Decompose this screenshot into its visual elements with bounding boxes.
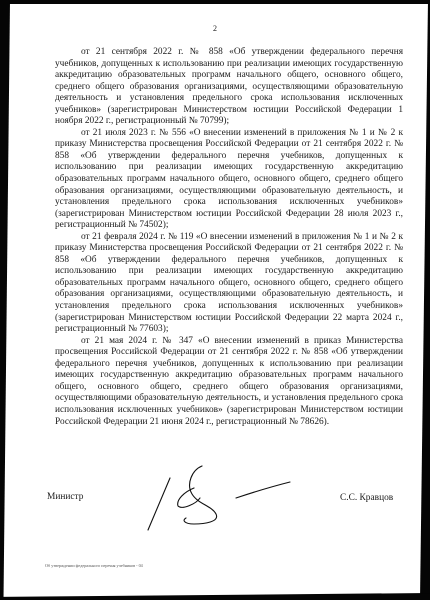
paragraph-order-119: от 21 февраля 2024 г. № 119 «О внесении … xyxy=(55,232,403,336)
signatory-role: Министр xyxy=(47,492,83,502)
scan-border-left xyxy=(0,0,10,600)
footer-note: Об утверждении федерального перечня учеб… xyxy=(45,563,143,568)
paragraph-order-347: от 21 мая 2024 г. № 347 «О внесении изме… xyxy=(55,336,403,428)
scan-border-bottom xyxy=(0,593,430,600)
scan-border-top xyxy=(0,0,430,4)
paragraph-order-556: от 21 июля 2023 г. № 556 «О внесении изм… xyxy=(55,128,403,232)
scan-border-right xyxy=(420,0,430,600)
paragraph-order-858: от 21 сентября 2022 г. № 858 «Об утвержд… xyxy=(55,47,403,128)
signature-icon xyxy=(140,460,300,540)
page-number: 2 xyxy=(210,24,220,33)
document-body: от 21 сентября 2022 г. № 858 «Об утвержд… xyxy=(55,47,403,428)
signatory-name: С.С. Кравцов xyxy=(340,493,393,503)
